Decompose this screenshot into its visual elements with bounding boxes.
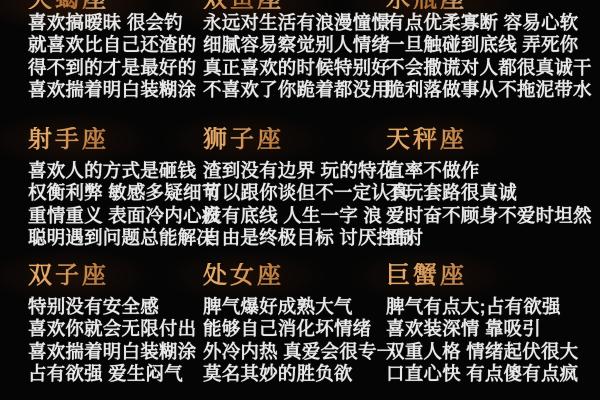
zodiac-line: 喜欢揣着明白装糊涂 — [28, 79, 203, 101]
zodiac-line: 不玩套路很真诚 — [386, 182, 600, 204]
zodiac-title-sagittarius: 射手座 — [28, 127, 203, 153]
zodiac-poster: 天蝎座 喜欢搞暧昧 很会钓就喜欢比自己还渣的得不到的才是最好的喜欢揣着明白装糊涂… — [0, 0, 600, 400]
zodiac-line: 细腻容易察觉别人情绪 — [203, 34, 386, 56]
zodiac-line: 双重人格 情绪起伏很大 — [386, 341, 600, 363]
zodiac-line: 一旦触碰到底线 弄死你 — [386, 34, 600, 56]
zodiac-title-wrap: 双鱼座 — [203, 0, 386, 9]
zodiac-line: 特别没有安全感 — [28, 296, 203, 318]
zodiac-line: 喜欢人的方式是砸钱 — [28, 160, 203, 182]
zodiac-line: 真正喜欢的时候特别好 — [203, 57, 386, 79]
zodiac-cell-leo: 狮子座 渣到没有边界 玩的特花可以跟你谈但不一定认真没有底线 人生一字 浪自由是… — [203, 118, 386, 254]
zodiac-cell-gemini: 双子座 特别没有安全感喜欢你就会无限付出喜欢揣着明白装糊涂占有欲强 爱生闷气 — [28, 254, 203, 400]
zodiac-cell-scorpio: 天蝎座 喜欢搞暧昧 很会钓就喜欢比自己还渣的得不到的才是最好的喜欢揣着明白装糊涂 — [28, 0, 203, 118]
zodiac-line: 脾气爆好成熟大气 — [203, 296, 386, 318]
zodiac-title-pisces: 双鱼座 — [203, 0, 284, 9]
zodiac-line: 能够自己消化坏情绪 — [203, 318, 386, 340]
zodiac-line: 莫名其妙的胜负欲 — [203, 363, 386, 385]
zodiac-lines: 脾气爆好成熟大气能够自己消化坏情绪外冷内热 真爱会很专一莫名其妙的胜负欲 — [203, 296, 386, 386]
zodiac-title-gemini: 双子座 — [28, 263, 203, 289]
zodiac-line: 直率不做作 — [386, 160, 600, 182]
zodiac-title-wrap: 天秤座 — [386, 118, 600, 157]
zodiac-title-cancer: 巨蟹座 — [386, 263, 600, 289]
zodiac-line: 可以跟你谈但不一定认真 — [203, 182, 386, 204]
zodiac-title-wrap: 射手座 — [28, 118, 203, 157]
zodiac-line: 占有欲强 爱生闷气 — [28, 363, 203, 385]
zodiac-title-scorpio: 天蝎座 — [28, 0, 109, 9]
zodiac-title-wrap: 巨蟹座 — [386, 254, 600, 293]
zodiac-lines: 喜欢搞暧昧 很会钓就喜欢比自己还渣的得不到的才是最好的喜欢揣着明白装糊涂 — [28, 12, 203, 102]
zodiac-line: 得不到的才是最好的 — [28, 57, 203, 79]
zodiac-line: 口直心快 有点傻有点疯 — [386, 363, 600, 385]
zodiac-line: 有点优柔寡断 容易心软 — [386, 12, 600, 34]
zodiac-line: 外冷内热 真爱会很专一 — [203, 341, 386, 363]
zodiac-line: 没有底线 人生一字 浪 — [203, 205, 386, 227]
zodiac-line: 不会撒谎对人都很真诚干 — [386, 57, 600, 79]
zodiac-title-wrap: 天蝎座 — [28, 0, 203, 9]
zodiac-line: 爱时奋不顾身不爱时坦然 — [386, 205, 600, 227]
zodiac-line: 脆利落做事从不拖泥带水 — [386, 79, 600, 101]
zodiac-line: 喜欢搞暧昧 很会钓 — [28, 12, 203, 34]
zodiac-lines: 喜欢人的方式是砸钱权衡利弊 敏感多疑细节重情重义 表面冷内心疯聪明遇到问题总能解… — [28, 160, 203, 250]
zodiac-cell-libra: 天秤座 直率不做作不玩套路很真诚爱时奋不顾身不爱时坦然面对 — [386, 118, 600, 254]
zodiac-lines: 脾气有点大;占有欲强喜欢装深情 靠吸引双重人格 情绪起伏很大口直心快 有点傻有点… — [386, 296, 600, 386]
zodiac-lines: 特别没有安全感喜欢你就会无限付出喜欢揣着明白装糊涂占有欲强 爱生闷气 — [28, 296, 203, 386]
zodiac-line: 喜欢装深情 靠吸引 — [386, 318, 600, 340]
zodiac-title-wrap: 狮子座 — [203, 118, 386, 157]
zodiac-line: 面对 — [386, 227, 600, 249]
zodiac-title-leo: 狮子座 — [203, 127, 386, 153]
zodiac-title-wrap: 水瓶座 — [386, 0, 600, 9]
zodiac-title-aquarius: 水瓶座 — [386, 0, 467, 9]
zodiac-grid: 天蝎座 喜欢搞暧昧 很会钓就喜欢比自己还渣的得不到的才是最好的喜欢揣着明白装糊涂… — [0, 0, 600, 400]
zodiac-line: 渣到没有边界 玩的特花 — [203, 160, 386, 182]
zodiac-cell-virgo: 处女座 脾气爆好成熟大气能够自己消化坏情绪外冷内热 真爱会很专一莫名其妙的胜负欲 — [203, 254, 386, 400]
zodiac-line: 权衡利弊 敏感多疑细节 — [28, 182, 203, 204]
zodiac-line: 就喜欢比自己还渣的 — [28, 34, 203, 56]
zodiac-line: 聪明遇到问题总能解决 — [28, 227, 203, 249]
zodiac-line: 自由是终极目标 讨厌控制 — [203, 227, 386, 249]
zodiac-line: 喜欢你就会无限付出 — [28, 318, 203, 340]
zodiac-lines: 永远对生活有浪漫憧憬细腻容易察觉别人情绪真正喜欢的时候特别好不喜欢了你跪着都没用 — [203, 12, 386, 102]
zodiac-line: 喜欢揣着明白装糊涂 — [28, 341, 203, 363]
zodiac-title-virgo: 处女座 — [203, 263, 386, 289]
zodiac-title-wrap: 双子座 — [28, 254, 203, 293]
zodiac-cell-aquarius: 水瓶座 有点优柔寡断 容易心软一旦触碰到底线 弄死你不会撒谎对人都很真诚干脆利落… — [386, 0, 600, 118]
zodiac-lines: 直率不做作不玩套路很真诚爱时奋不顾身不爱时坦然面对 — [386, 160, 600, 250]
zodiac-title-wrap: 处女座 — [203, 254, 386, 293]
zodiac-line: 重情重义 表面冷内心疯 — [28, 205, 203, 227]
zodiac-title-libra: 天秤座 — [386, 127, 600, 153]
zodiac-lines: 渣到没有边界 玩的特花可以跟你谈但不一定认真没有底线 人生一字 浪自由是终极目标… — [203, 160, 386, 250]
zodiac-cell-sagittarius: 射手座 喜欢人的方式是砸钱权衡利弊 敏感多疑细节重情重义 表面冷内心疯聪明遇到问… — [28, 118, 203, 254]
zodiac-lines: 有点优柔寡断 容易心软一旦触碰到底线 弄死你不会撒谎对人都很真诚干脆利落做事从不… — [386, 12, 600, 102]
zodiac-line: 不喜欢了你跪着都没用 — [203, 79, 386, 101]
zodiac-cell-pisces: 双鱼座 永远对生活有浪漫憧憬细腻容易察觉别人情绪真正喜欢的时候特别好不喜欢了你跪… — [203, 0, 386, 118]
zodiac-line: 脾气有点大;占有欲强 — [386, 296, 600, 318]
zodiac-cell-cancer: 巨蟹座 脾气有点大;占有欲强喜欢装深情 靠吸引双重人格 情绪起伏很大口直心快 有… — [386, 254, 600, 400]
zodiac-line: 永远对生活有浪漫憧憬 — [203, 12, 386, 34]
